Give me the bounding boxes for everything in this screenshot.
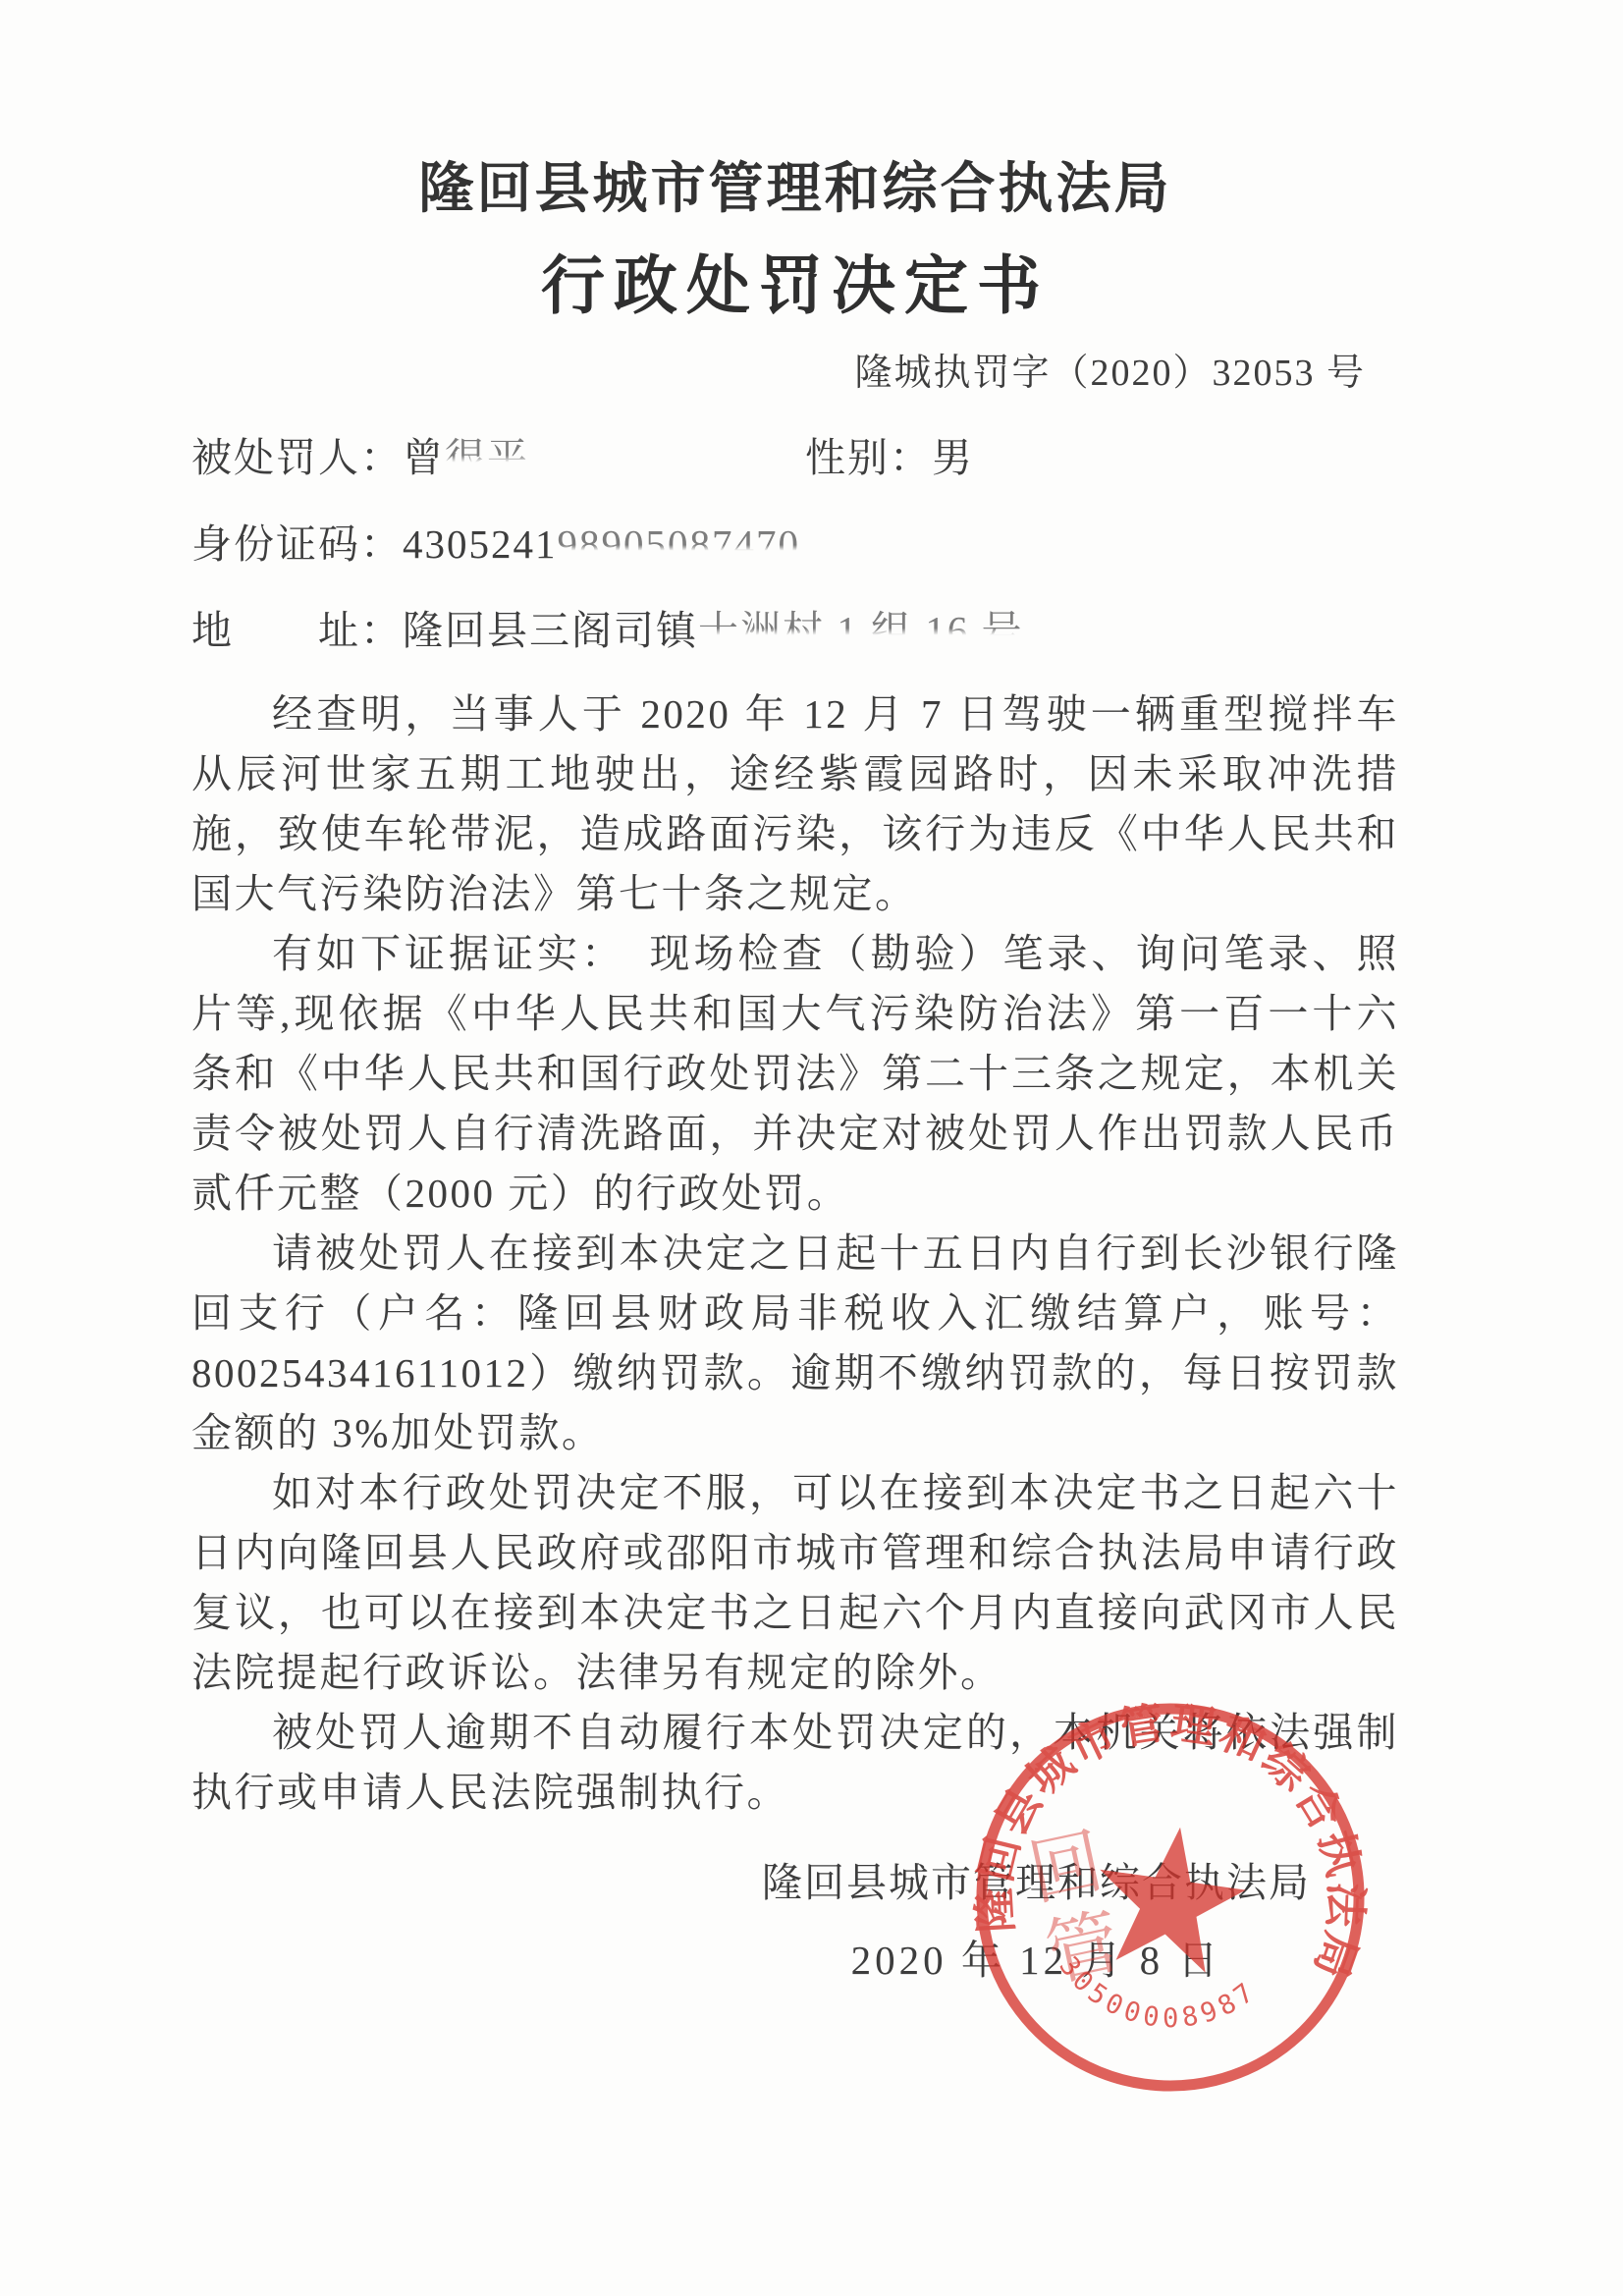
punished-person-name: 曾 [403,435,445,480]
party-info-section: 被处罚人：曾很平 性别：男 身份证码：430524198905087470 地 … [191,425,1399,656]
address-row: 地 址：隆回县三阁司镇十洲村 1 组 16 号 [191,598,1399,656]
person-gender-row: 被处罚人：曾很平 性别：男 [191,425,1399,483]
punished-person-name-faded: 很平 [445,425,529,483]
signature-agency: 隆回县城市管理和综合执法局 [762,1850,1311,1908]
punished-person-field: 被处罚人：曾很平 [191,425,805,483]
address-value-faded: 十洲村 1 组 16 号 [698,598,1024,656]
address-field: 地 址：隆回县三阁司镇十洲村 1 组 16 号 [191,598,1024,656]
address-value-clear: 隆回县三阁司镇 [403,608,698,653]
paragraph-enforcement: 被处罚人逾期不自动履行本处罚决定的，本机关将依法强制执行或申请人民法院强制执行。 [191,1703,1399,1823]
paragraph-payment-instructions: 请被处罚人在接到本决定之日起十五日内自行到长沙银行隆回支行（户名：隆回县财政局非… [191,1224,1399,1463]
paragraph-facts: 经查明，当事人于 2020 年 12 月 7 日驾驶一辆重型搅拌车从辰河世家五期… [191,684,1399,924]
id-row: 身份证码：430524198905087470 [191,512,1399,570]
scanned-penalty-decision-page: 隆回县城市管理和综合执法局 行政处罚决定书 隆城执罚字（2020）32053 号… [0,0,1623,2296]
id-value-faded: 98905087470 [558,520,801,568]
gender-label: 性别： [805,435,932,480]
decision-body: 经查明，当事人于 2020 年 12 月 7 日驾驶一辆重型搅拌车从辰河世家五期… [191,684,1399,1823]
punished-person-label: 被处罚人： [191,435,403,480]
id-label: 身份证码： [191,521,403,567]
paragraph-appeal-rights: 如对本行政处罚决定不服，可以在接到本决定书之日起六十日内向隆回县人民政府或邵阳市… [191,1463,1399,1703]
id-value-clear: 4305241 [403,521,558,567]
document-number: 隆城执罚字（2020）32053 号 [191,342,1399,396]
signature-block: 隆回县城市管理和综合执法局 2020 年 12 月 8 日 [762,1850,1311,1986]
signature-date: 2020 年 12 月 8 日 [762,1928,1311,1986]
gender-value: 男 [932,435,974,480]
paragraph-evidence-and-penalty: 有如下证据证实： 现场检查（勘验）笔录、询问笔录、照片等,现依据《中华人民共和国… [191,924,1399,1224]
address-label: 地 址： [191,608,403,653]
document-content: 隆回县城市管理和综合执法局 行政处罚决定书 隆城执罚字（2020）32053 号… [191,145,1399,1823]
document-title: 行政处罚决定书 [191,234,1399,326]
agency-title: 隆回县城市管理和综合执法局 [191,145,1399,224]
id-field: 身份证码：430524198905087470 [191,512,800,570]
gender-field: 性别：男 [805,425,974,483]
